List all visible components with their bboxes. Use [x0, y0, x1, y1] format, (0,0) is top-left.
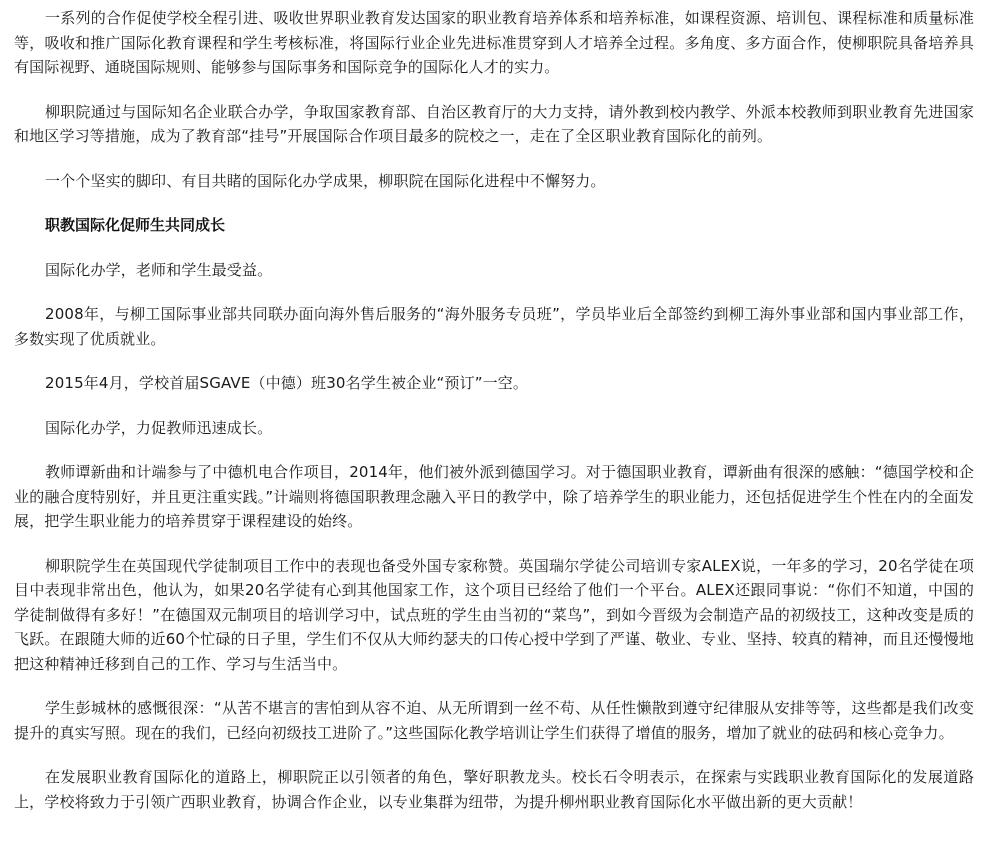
article-body: 一系列的合作促使学校全程引进、吸收世界职业教育发达国家的职业教育培养体系和培养标…: [14, 6, 974, 814]
paragraph-internationalization-efforts: 一个个坚实的脚印、有目共睹的国际化办学成果，柳职院在国际化进程中不懈努力。: [14, 169, 974, 194]
paragraph-2008-overseas-class: 2008年，与柳工国际事业部共同联办面向海外售后服务的“海外服务专员班”，学员毕…: [14, 302, 974, 351]
paragraph-conclusion: 在发展职业教育国际化的道路上，柳职院正以引领者的角色，擎好职教龙头。校长石令明表…: [14, 765, 974, 814]
section-heading: 职教国际化促师生共同成长: [14, 213, 974, 238]
paragraph-student-testimony: 学生彭城林的感慨很深：“从苦不堪言的害怕到从容不迫、从无所谓到一丝不苟、从任性懒…: [14, 696, 974, 745]
paragraph-uk-apprenticeship: 柳职院学生在英国现代学徒制项目工作中的表现也备受外国专家称赞。英国瑞尔学徒公司培…: [14, 554, 974, 677]
paragraph-teachers-students-benefit: 国际化办学，老师和学生最受益。: [14, 258, 974, 283]
paragraph-teacher-growth: 国际化办学，力促教师迅速成长。: [14, 416, 974, 441]
paragraph-germany-project: 教师谭新曲和计端参与了中德机电合作项目，2014年，他们被外派到德国学习。对于德…: [14, 460, 974, 534]
paragraph-joint-schooling: 柳职院通过与国际知名企业联合办学，争取国家教育部、自治区教育厅的大力支持，请外教…: [14, 100, 974, 149]
paragraph-2015-sgave-class: 2015年4月，学校首届SGAVE（中德）班30名学生被企业“预订”一空。: [14, 371, 974, 396]
paragraph-cooperation-standards: 一系列的合作促使学校全程引进、吸收世界职业教育发达国家的职业教育培养体系和培养标…: [14, 6, 974, 80]
